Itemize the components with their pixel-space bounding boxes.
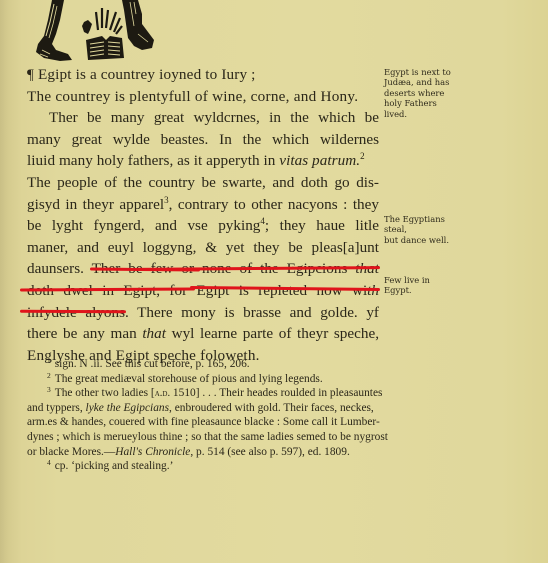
footnote-3-continued: or blacke Mores.—Hall's Chronicle, p. 51… xyxy=(27,445,517,460)
text-line: many great wylde beastes. In the which w… xyxy=(27,129,379,151)
sidenote-line: Few live in xyxy=(384,275,484,285)
text-line: ¶ Egipt is a countrey ioyned to Iury ; xyxy=(27,64,379,86)
text-line: liuid many holy fathers, as it apperyth … xyxy=(27,150,379,172)
footnote-3-continued: arm.es & handes, couered with fine pleas… xyxy=(27,415,517,430)
book-page: ¶ Egipt is a countrey ioyned to Iury ; T… xyxy=(0,0,548,563)
footnote-1: 1sign. N .ii. See this cut before, p. 16… xyxy=(27,357,517,372)
text-line: maner, and euyl loggyng, & yet they be p… xyxy=(27,237,379,259)
text-line: The people of the country be swarte, and… xyxy=(27,172,379,194)
sidenote-line: steal, xyxy=(384,224,484,234)
sidenote-egypt-judaea: Egypt is next to Judæa, and has deserts … xyxy=(384,67,484,119)
text-line: be lyght fyngerd, and vse pyking4; they … xyxy=(27,215,379,237)
footnote-3-continued: and typpers, lyke the Egipcians, enbroud… xyxy=(27,401,517,416)
sidenote-egyptians-steal: The Egyptians steal, but dance well. xyxy=(384,214,484,245)
sidenote-line: Egypt is next to xyxy=(384,67,484,77)
sidenote-line: lived. xyxy=(384,109,484,119)
sidenote-few-live: Few live in Egypt. xyxy=(384,275,484,296)
sidenote-line: The Egyptians xyxy=(384,214,484,224)
footnote-2: 2The great mediæval storehouse of pious … xyxy=(27,372,517,387)
red-underline-mark xyxy=(20,310,126,314)
sidenote-line: Judæa, and has xyxy=(384,77,484,87)
sidenote-line: but dance well. xyxy=(384,235,484,245)
main-text-block: ¶ Egipt is a countrey ioyned to Iury ; T… xyxy=(27,64,379,366)
text-line: Ther be many great wyldcrnes, in the whi… xyxy=(27,107,379,129)
footnote-4: 4cp. ‘picking and stealing.’ xyxy=(27,459,517,474)
sidenote-line: Egypt. xyxy=(384,285,484,295)
text-line: The countrey is plentyfull of wine, corn… xyxy=(27,86,379,108)
text-line: there be any man that wyl learne parte o… xyxy=(27,323,379,345)
footnotes-block: 1sign. N .ii. See this cut before, p. 16… xyxy=(27,357,517,474)
sidenote-line: holy Fathers xyxy=(384,98,484,108)
footnote-3-continued: dynes ; which is merueylous thine ; so t… xyxy=(27,430,517,445)
text-line: gisyd in theyr apparel3, contrary to oth… xyxy=(27,194,379,216)
sidenote-line: deserts where xyxy=(384,88,484,98)
footnote-3: 3The other two ladies [a.d. 1510] . . . … xyxy=(27,386,517,401)
woodcut-illustration-icon xyxy=(30,0,160,62)
